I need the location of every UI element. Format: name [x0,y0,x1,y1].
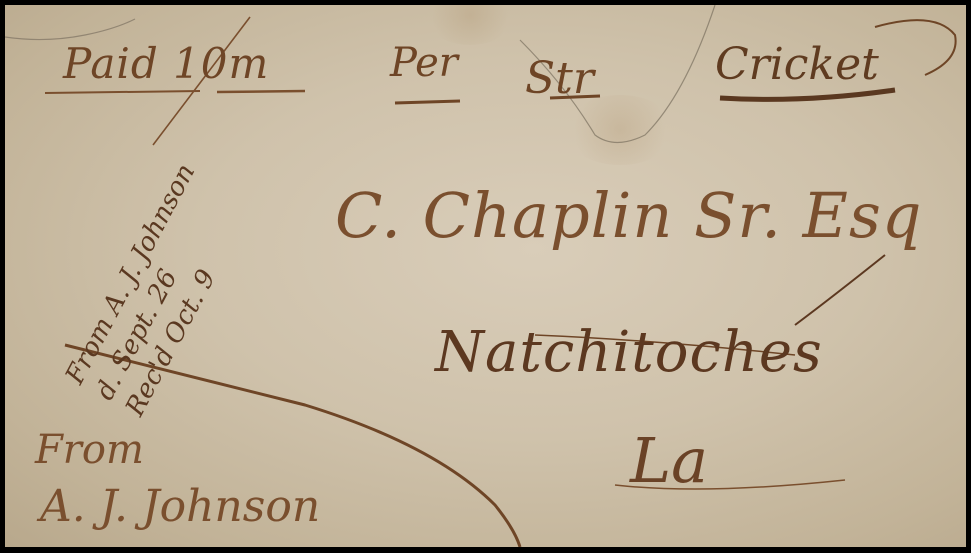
addressee-name: C. Chaplin Sr. Esq [335,185,922,247]
paid-marking: Paid 10m [63,43,269,85]
sender-name: A. J. Johnson [40,485,320,529]
ship-name: Cricket [715,43,879,87]
per-label: Per [390,43,458,83]
ship-prefix: Str [525,57,594,101]
addressee-state: La [630,430,708,492]
addressee-city: Natchitoches [435,325,823,381]
envelope: Paid 10m Per Str Cricket C. Chaplin Sr. … [5,5,966,547]
sender-label: From [35,430,144,470]
